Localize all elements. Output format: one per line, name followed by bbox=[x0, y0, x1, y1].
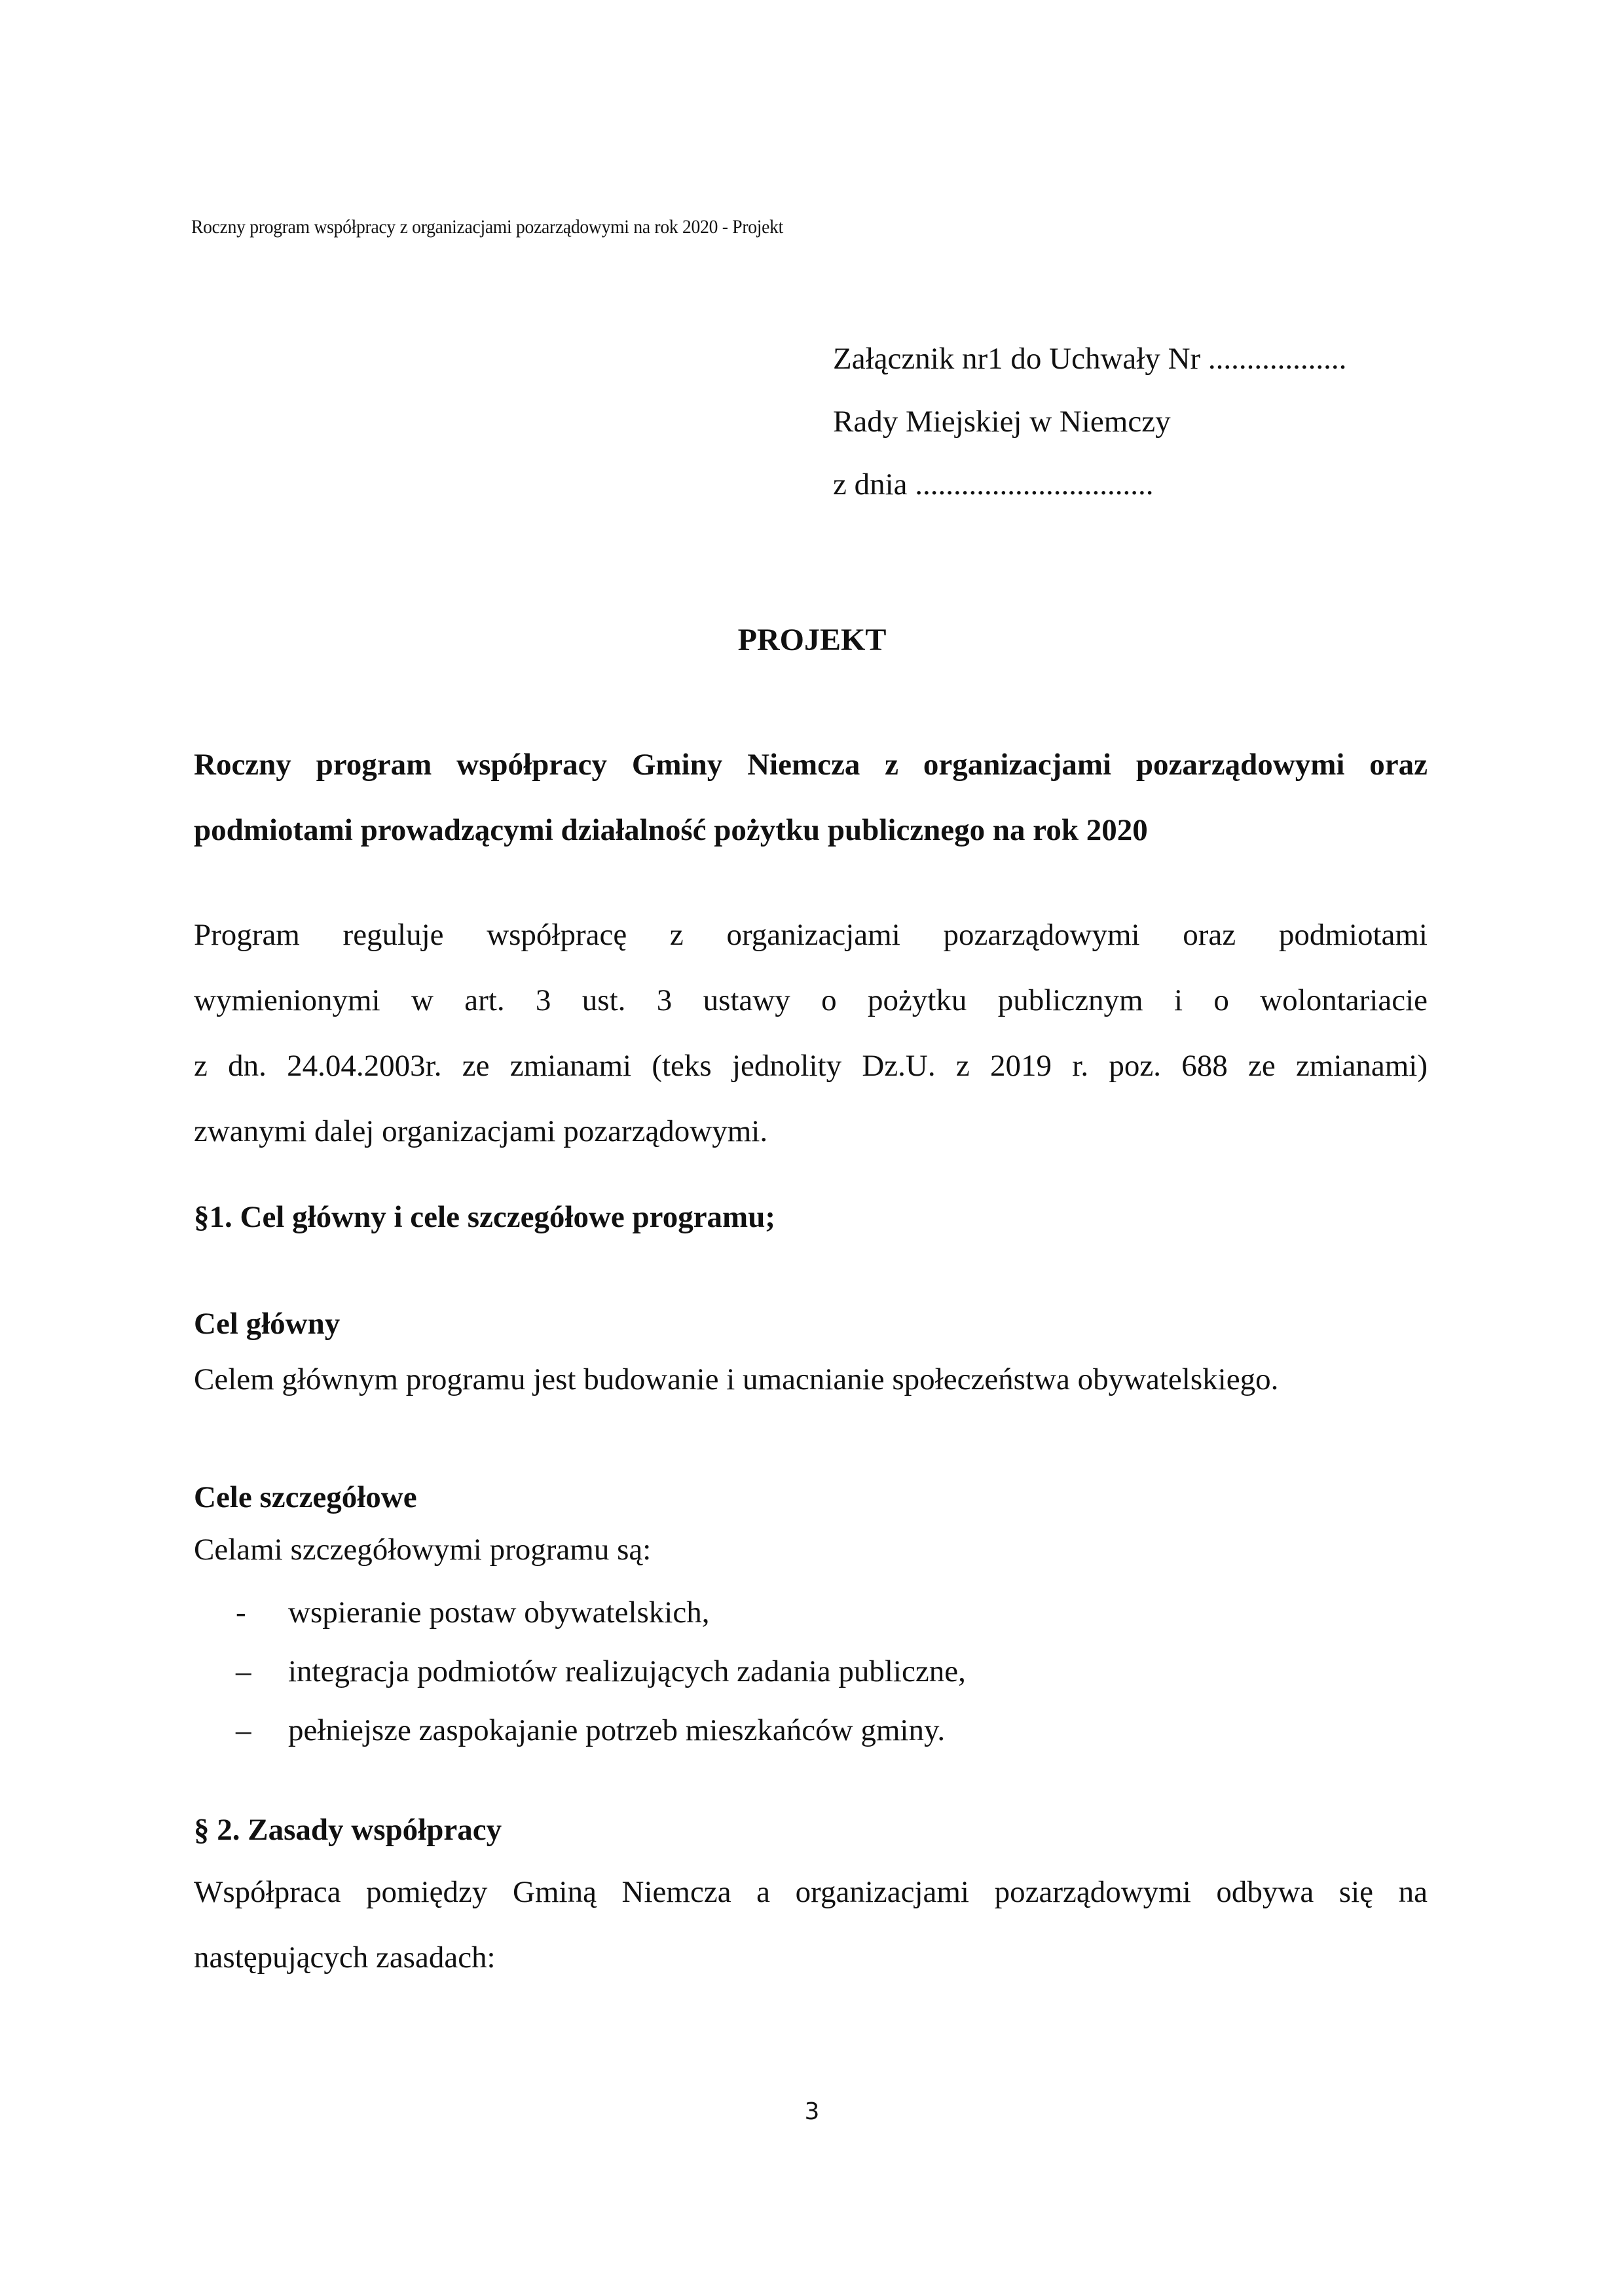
page-number: 3 bbox=[0, 2098, 1624, 2125]
main-goal-heading: Cel główny bbox=[194, 1306, 340, 1341]
document-title: Roczny program współpracy Gminy Niemcza … bbox=[194, 732, 1428, 863]
document-title-line: podmiotami prowadzącymi działalność poży… bbox=[194, 797, 1428, 863]
section-2-paragraph: Współpraca pomiędzy Gminą Niemcza a orga… bbox=[194, 1859, 1428, 1990]
section-1-heading: §1. Cel główny i cele szczegółowe progra… bbox=[194, 1199, 775, 1235]
specific-goals-intro: Celami szczegółowymi programu są: bbox=[194, 1532, 651, 1567]
specific-goals-heading: Cele szczegółowe bbox=[194, 1480, 417, 1515]
paragraph-line: Współpraca pomiędzy Gminą Niemcza a orga… bbox=[194, 1859, 1428, 1925]
intro-paragraph: Program reguluje współpracę z organizacj… bbox=[194, 902, 1428, 1164]
dash-bullet-icon: – bbox=[236, 1642, 288, 1701]
paragraph-line: zwanymi dalej organizacjami pozarządowym… bbox=[194, 1099, 1428, 1164]
attachment-note: Załącznik nr1 do Uchwały Nr ............… bbox=[833, 327, 1346, 516]
attachment-line-council: Rady Miejskiej w Niemczy bbox=[833, 390, 1346, 453]
dash-bullet-icon: – bbox=[236, 1701, 288, 1760]
section-2-heading: § 2. Zasady współpracy bbox=[194, 1812, 502, 1848]
paragraph-line: wymienionymi w art. 3 ust. 3 ustawy o po… bbox=[194, 968, 1428, 1033]
attachment-line-date: z dnia ............................... bbox=[833, 453, 1346, 516]
attachment-line-resolution: Załącznik nr1 do Uchwały Nr ............… bbox=[833, 327, 1346, 390]
list-item: - wspieranie postaw obywatelskich, bbox=[236, 1583, 966, 1642]
list-item-text: wspieranie postaw obywatelskich, bbox=[288, 1583, 709, 1642]
running-header: Roczny program współpracy z organizacjam… bbox=[191, 216, 783, 238]
document-title-line: Roczny program współpracy Gminy Niemcza … bbox=[194, 732, 1428, 797]
paragraph-line: z dn. 24.04.2003r. ze zmianami (teks jed… bbox=[194, 1033, 1428, 1099]
dash-bullet-icon: - bbox=[236, 1583, 288, 1642]
list-item-text: integracja podmiotów realizujących zadan… bbox=[288, 1642, 966, 1701]
main-goal-text: Celem głównym programu jest budowanie i … bbox=[194, 1362, 1278, 1397]
list-item: – integracja podmiotów realizujących zad… bbox=[236, 1642, 966, 1701]
stamp-title: PROJEKT bbox=[0, 622, 1624, 658]
paragraph-line: Program reguluje współpracę z organizacj… bbox=[194, 902, 1428, 968]
list-item: – pełniejsze zaspokajanie potrzeb mieszk… bbox=[236, 1701, 966, 1760]
list-item-text: pełniejsze zaspokajanie potrzeb mieszkań… bbox=[288, 1701, 945, 1760]
specific-goals-list: - wspieranie postaw obywatelskich, – int… bbox=[236, 1583, 966, 1760]
paragraph-line: następujących zasadach: bbox=[194, 1925, 1428, 1990]
